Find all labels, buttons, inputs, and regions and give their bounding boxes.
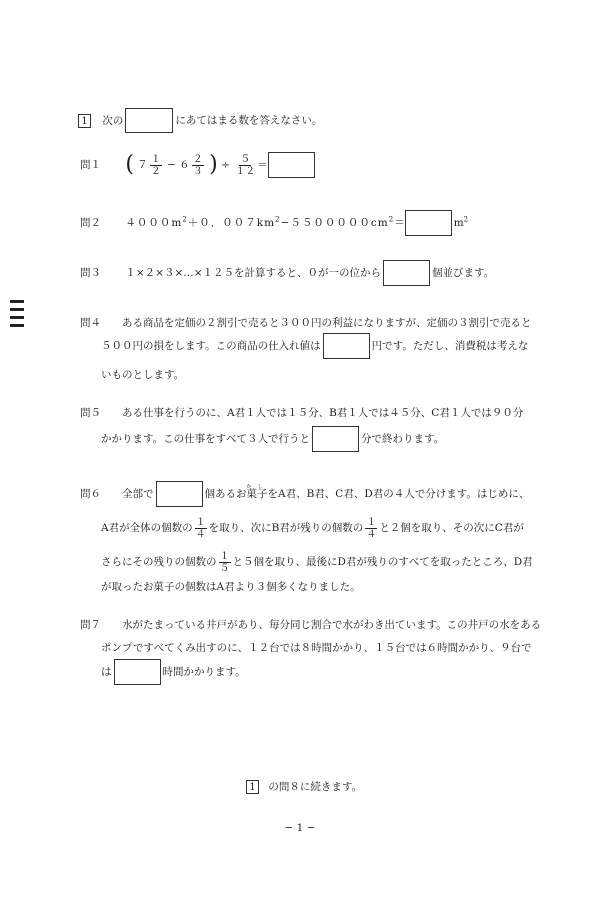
question-4-line-2: ５００円の損をします。この商品の仕入れ値は円です。ただし、消費税は考えな	[101, 333, 528, 359]
fraction: ２３	[192, 154, 204, 177]
answer-box-q3[interactable]	[383, 260, 430, 286]
question-5-line-1: 問５ある仕事を行うのに、A君１人では１５分、B君１人では４５分、C君１人では９０…	[80, 406, 523, 420]
fraction: １５	[219, 551, 231, 574]
question-text: ５００円の損をします。この商品の仕入れ値は	[101, 340, 321, 352]
question-label: 問２	[80, 210, 122, 236]
denominator: ３	[193, 166, 203, 177]
unit-text: m	[454, 217, 464, 229]
question-label: 問７	[80, 618, 122, 632]
question-text: 個あるお	[205, 488, 247, 500]
equals-sign: ＝	[257, 159, 268, 171]
whole-number: ６	[179, 159, 190, 171]
fraction: １４	[195, 517, 207, 540]
question-text: が取ったお菓子の個数はA君より３個多くなりました。	[101, 581, 361, 593]
question-text: を取り、次にB君が残りの個数の	[209, 522, 364, 534]
question-text: A君が全体の個数の	[101, 522, 193, 534]
question-text: をA君、B君、C君、D君の４人で分けます。はじめに、	[268, 488, 530, 500]
denominator: ４	[366, 529, 376, 540]
ruby-reading: かし	[247, 474, 269, 500]
question-7-line-2: ポンプですべてくみ出すのに、１２台では８時間かかり、１５台では６時間かかり、９台…	[101, 641, 532, 655]
question-text: 個並びます。	[432, 267, 494, 279]
divide-sign: ÷	[221, 159, 230, 171]
question-7-line-3: は時間かかります。	[101, 659, 246, 685]
question-text: ポンプですべてくみ出すのに、１２台では８時間かかり、１５台では６時間かかり、９台…	[101, 642, 532, 654]
instruction-pre: 次の	[102, 115, 123, 127]
question-7-line-1: 問７水がたまっている井戸があり、毎分同じ割合で水がわき出ています。この井戸の水を…	[80, 618, 541, 632]
question-text: 全部で	[122, 488, 154, 500]
term-3: −５５０００００cm2	[281, 217, 395, 229]
numerator: １	[150, 154, 162, 166]
answer-box-q4[interactable]	[323, 333, 370, 359]
numerator: １	[195, 517, 207, 529]
answer-box-q7[interactable]	[114, 659, 161, 685]
question-1: 問１ ( ７１２ − ６２３ ) ÷ ５１２＝	[80, 152, 315, 178]
numerator: ５	[239, 154, 251, 166]
question-6-line-2: A君が全体の個数の１４を取り、次にB君が残りの個数の１４と２個を取り、その次にC…	[101, 514, 524, 542]
fraction: １４	[365, 517, 377, 540]
question-label: 問４	[80, 316, 122, 330]
term-2: ＋０．００７km2	[188, 217, 281, 229]
question-text: 円です。ただし、消費税は考えな	[372, 340, 529, 352]
question-text: 水がたまっている井戸があり、毎分同じ割合で水がわき出ています。この井戸の水をある	[122, 619, 541, 631]
unit: m2	[454, 217, 468, 229]
question-4-line-3: いものとします。	[101, 368, 184, 382]
question-6-line-1: 問６全部で個あるおかし菓子をA君、B君、C君、D君の４人で分けます。はじめに、	[80, 481, 529, 507]
denominator: ５	[220, 563, 230, 574]
question-text: 分で終わります。	[361, 433, 444, 445]
continue-note: 1 の問８に続きます。	[246, 780, 362, 794]
binding-mark	[10, 324, 24, 327]
question-text: は	[101, 666, 112, 678]
section-number: 1	[78, 114, 91, 128]
term-text: ＋０．００７km	[188, 217, 275, 229]
question-6-line-4: が取ったお菓子の個数はA君より３個多くなりました。	[101, 580, 361, 594]
question-text: １×２×３×…×１２５を計算すると、０が一の位から	[125, 267, 381, 279]
question-2: 問２ ４０００m2＋０．００７km2−５５０００００cm2＝m2	[80, 206, 468, 236]
question-text: と２個を取り、その次にC君が	[379, 522, 524, 534]
question-label: 問５	[80, 406, 122, 420]
minus-sign: −	[167, 159, 176, 171]
exponent: 2	[464, 215, 468, 223]
section-number-ref: 1	[246, 780, 259, 794]
instruction-post: にあてはまる数を答えなさい。	[175, 115, 322, 127]
answer-box-q1[interactable]	[268, 152, 315, 178]
numerator: １	[365, 517, 377, 529]
term-text: ４０００m	[125, 217, 182, 229]
page-number: − 1 −	[280, 821, 320, 835]
question-text: ある仕事を行うのに、A君１人では１５分、B君１人では４５分、C君１人では９０分	[122, 407, 523, 419]
paren-close: )	[209, 152, 218, 177]
binding-mark	[10, 316, 24, 319]
binding-mark	[10, 308, 24, 311]
question-3: 問３ １×２×３×…×１２５を計算すると、０が一の位から個並びます。	[80, 260, 494, 286]
section-header: 1 次のにあてはまる数を答えなさい。	[78, 108, 322, 133]
fraction: ５１２	[235, 154, 255, 177]
term-1: ４０００m2	[125, 217, 187, 229]
denominator: ２	[151, 166, 161, 177]
binding-mark	[10, 300, 24, 303]
denominator: ４	[196, 529, 206, 540]
question-text: と５個を取り、最後にD君が残りのすべてを取ったところ、D君	[233, 556, 533, 568]
question-text: さらにその残りの個数の	[101, 556, 217, 568]
numerator: １	[219, 551, 231, 563]
question-6-line-3: さらにその残りの個数の１５と５個を取り、最後にD君が残りのすべてを取ったところ、…	[101, 548, 533, 576]
answer-box-q6[interactable]	[156, 481, 203, 507]
question-text: ある商品を定価の２割引で売ると３００円の利益になりますが、定価の３割引で売ると	[122, 317, 532, 329]
answer-box-q2[interactable]	[405, 210, 452, 236]
whole-number: ７	[137, 159, 148, 171]
ruby-okashi: かし菓子	[247, 481, 268, 507]
question-label: 問３	[80, 260, 122, 286]
denominator: １２	[235, 166, 255, 177]
equals-sign: ＝	[394, 217, 405, 229]
answer-box-q5[interactable]	[312, 426, 359, 452]
numerator: ２	[192, 154, 204, 166]
continue-text: の問８に続きます。	[268, 781, 362, 793]
question-text: かかります。この仕事をすべて３人で行うと	[101, 433, 310, 445]
fraction: １２	[150, 154, 162, 177]
question-5-line-2: かかります。この仕事をすべて３人で行うと分で終わります。	[101, 426, 444, 452]
paren-open: (	[125, 152, 134, 177]
question-text: 時間かかります。	[163, 666, 246, 678]
question-text: いものとします。	[101, 369, 184, 381]
question-label: 問１	[80, 152, 122, 178]
question-label: 問６	[80, 481, 122, 507]
term-text: −５５０００００cm	[281, 217, 389, 229]
question-4-line-1: 問４ある商品を定価の２割引で売ると３００円の利益になりますが、定価の３割引で売る…	[80, 316, 532, 330]
answer-box-example	[125, 108, 173, 133]
